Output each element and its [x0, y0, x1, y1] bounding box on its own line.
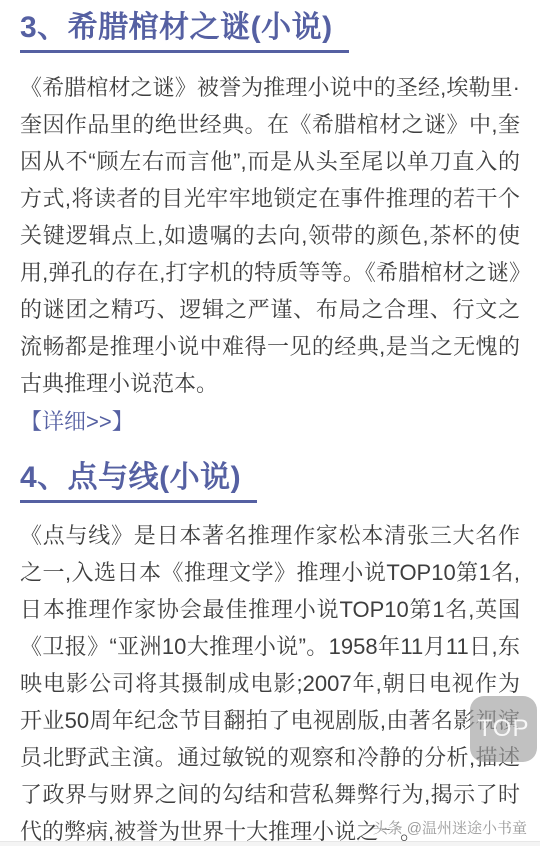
section-3-heading: 3、希腊棺材之谜(小说) [20, 10, 520, 53]
detail-link[interactable]: 【详细>>】 [20, 409, 134, 434]
section-3-paragraph: 《希腊棺材之谜》被誉为推理小说中的圣经,埃勒里·奎因作品里的绝世经典。在《希腊棺… [20, 69, 520, 402]
section-3-heading-link[interactable]: 3、希腊棺材之谜(小说) [20, 10, 349, 53]
article-page: 3、希腊棺材之谜(小说) 《希腊棺材之谜》被誉为推理小说中的圣经,埃勒里·奎因作… [0, 0, 540, 846]
bottom-divider [0, 841, 540, 846]
section-4-heading-link[interactable]: 4、点与线(小说) [20, 460, 257, 503]
section-4-heading: 4、点与线(小说) [20, 460, 520, 503]
toutiao-watermark: 头条 @温州迷途小书童 [373, 817, 527, 838]
section-4-paragraph: 《点与线》是日本著名推理作家松本清张三大名作之一,入选日本《推理文学》推理小说T… [20, 517, 520, 846]
back-to-top-button[interactable]: TOP [470, 696, 537, 762]
back-to-top-label: TOP [478, 715, 530, 743]
detail-link-row: 【详细>>】 [20, 409, 520, 434]
article-content: 3、希腊棺材之谜(小说) 《希腊棺材之谜》被誉为推理小说中的圣经,埃勒里·奎因作… [0, 0, 540, 846]
